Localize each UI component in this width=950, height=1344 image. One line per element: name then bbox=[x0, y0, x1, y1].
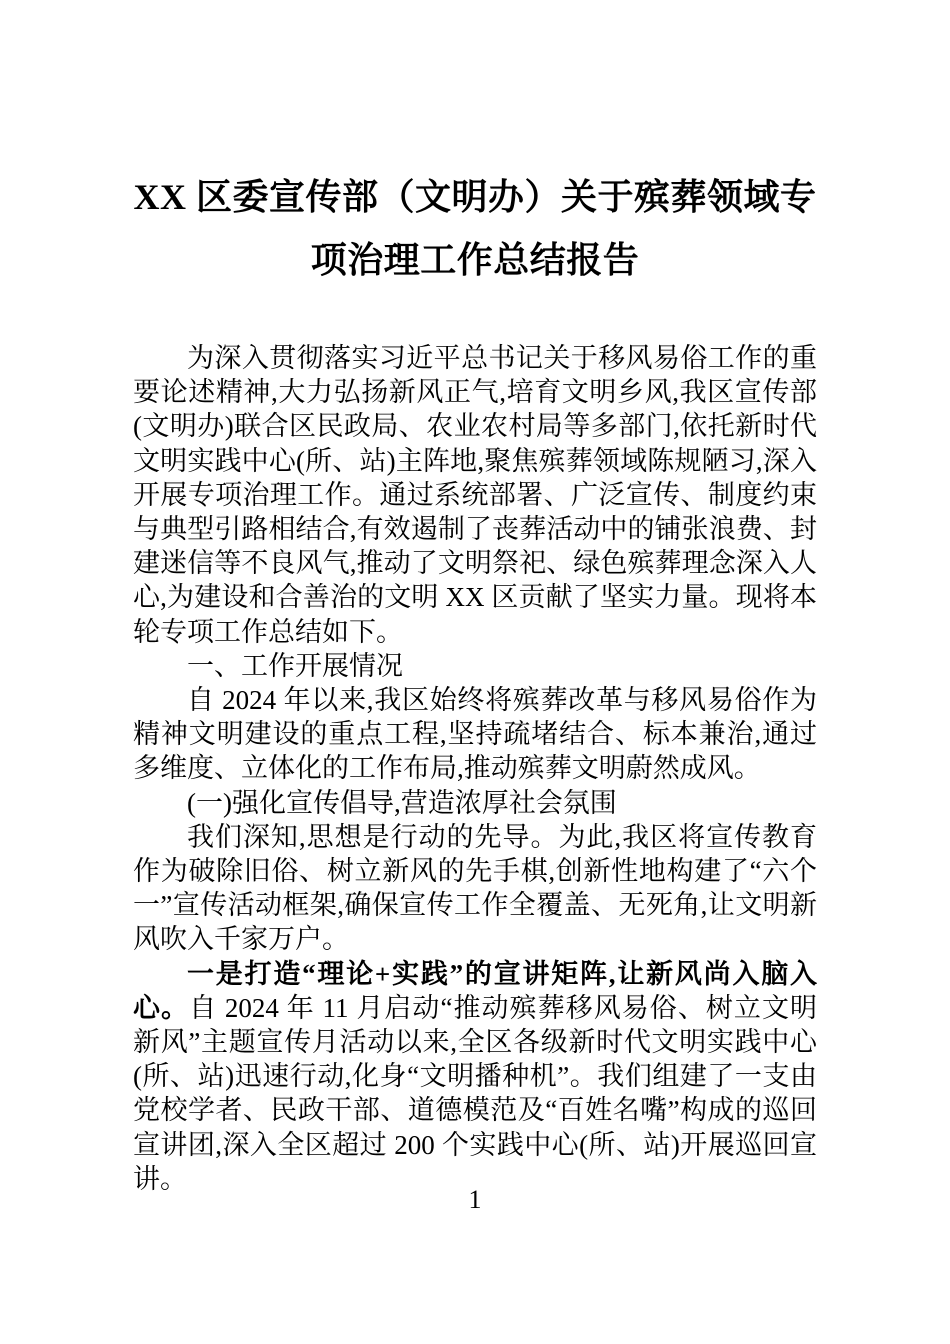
paragraph-lecture-matrix-rest: 自 2024 年 11 月启动“推动殡葬移风易俗、树立文明新风”主题宣传月活动以… bbox=[133, 993, 817, 1194]
document-body: 为深入贯彻落实习近平总书记关于移风易俗工作的重要论述精神,大力弘扬新风正气,培育… bbox=[133, 341, 817, 1196]
paragraph-lecture-matrix: 一是打造“理论+实践”的宣讲矩阵,让新风尚入脑入心。自 2024 年 11 月启… bbox=[133, 957, 817, 1196]
paragraph-section-one-overview: 自 2024 年以来,我区始终将殡葬改革与移风易俗作为精神文明建设的重点工程,坚… bbox=[133, 683, 817, 786]
subheading-publicity: (一)强化宣传倡导,营造浓厚社会氛围 bbox=[133, 786, 817, 820]
document-page: XX 区委宣传部（文明办）关于殡葬领域专 项治理工作总结报告 为深入贯彻落实习近… bbox=[0, 0, 950, 1344]
title-line-1: XX 区委宣传部（文明办）关于殡葬领域专 bbox=[133, 166, 817, 229]
page-number: 1 bbox=[0, 1185, 950, 1215]
paragraph-intro: 为深入贯彻落实习近平总书记关于移风易俗工作的重要论述精神,大力弘扬新风正气,培育… bbox=[133, 341, 817, 649]
heading-section-one: 一、工作开展情况 bbox=[133, 649, 817, 683]
paragraph-publicity-framework: 我们深知,思想是行动的先导。为此,我区将宣传教育作为破除旧俗、树立新风的先手棋,… bbox=[133, 820, 817, 957]
document-title: XX 区委宣传部（文明办）关于殡葬领域专 项治理工作总结报告 bbox=[133, 166, 817, 292]
title-line-2: 项治理工作总结报告 bbox=[133, 229, 817, 292]
